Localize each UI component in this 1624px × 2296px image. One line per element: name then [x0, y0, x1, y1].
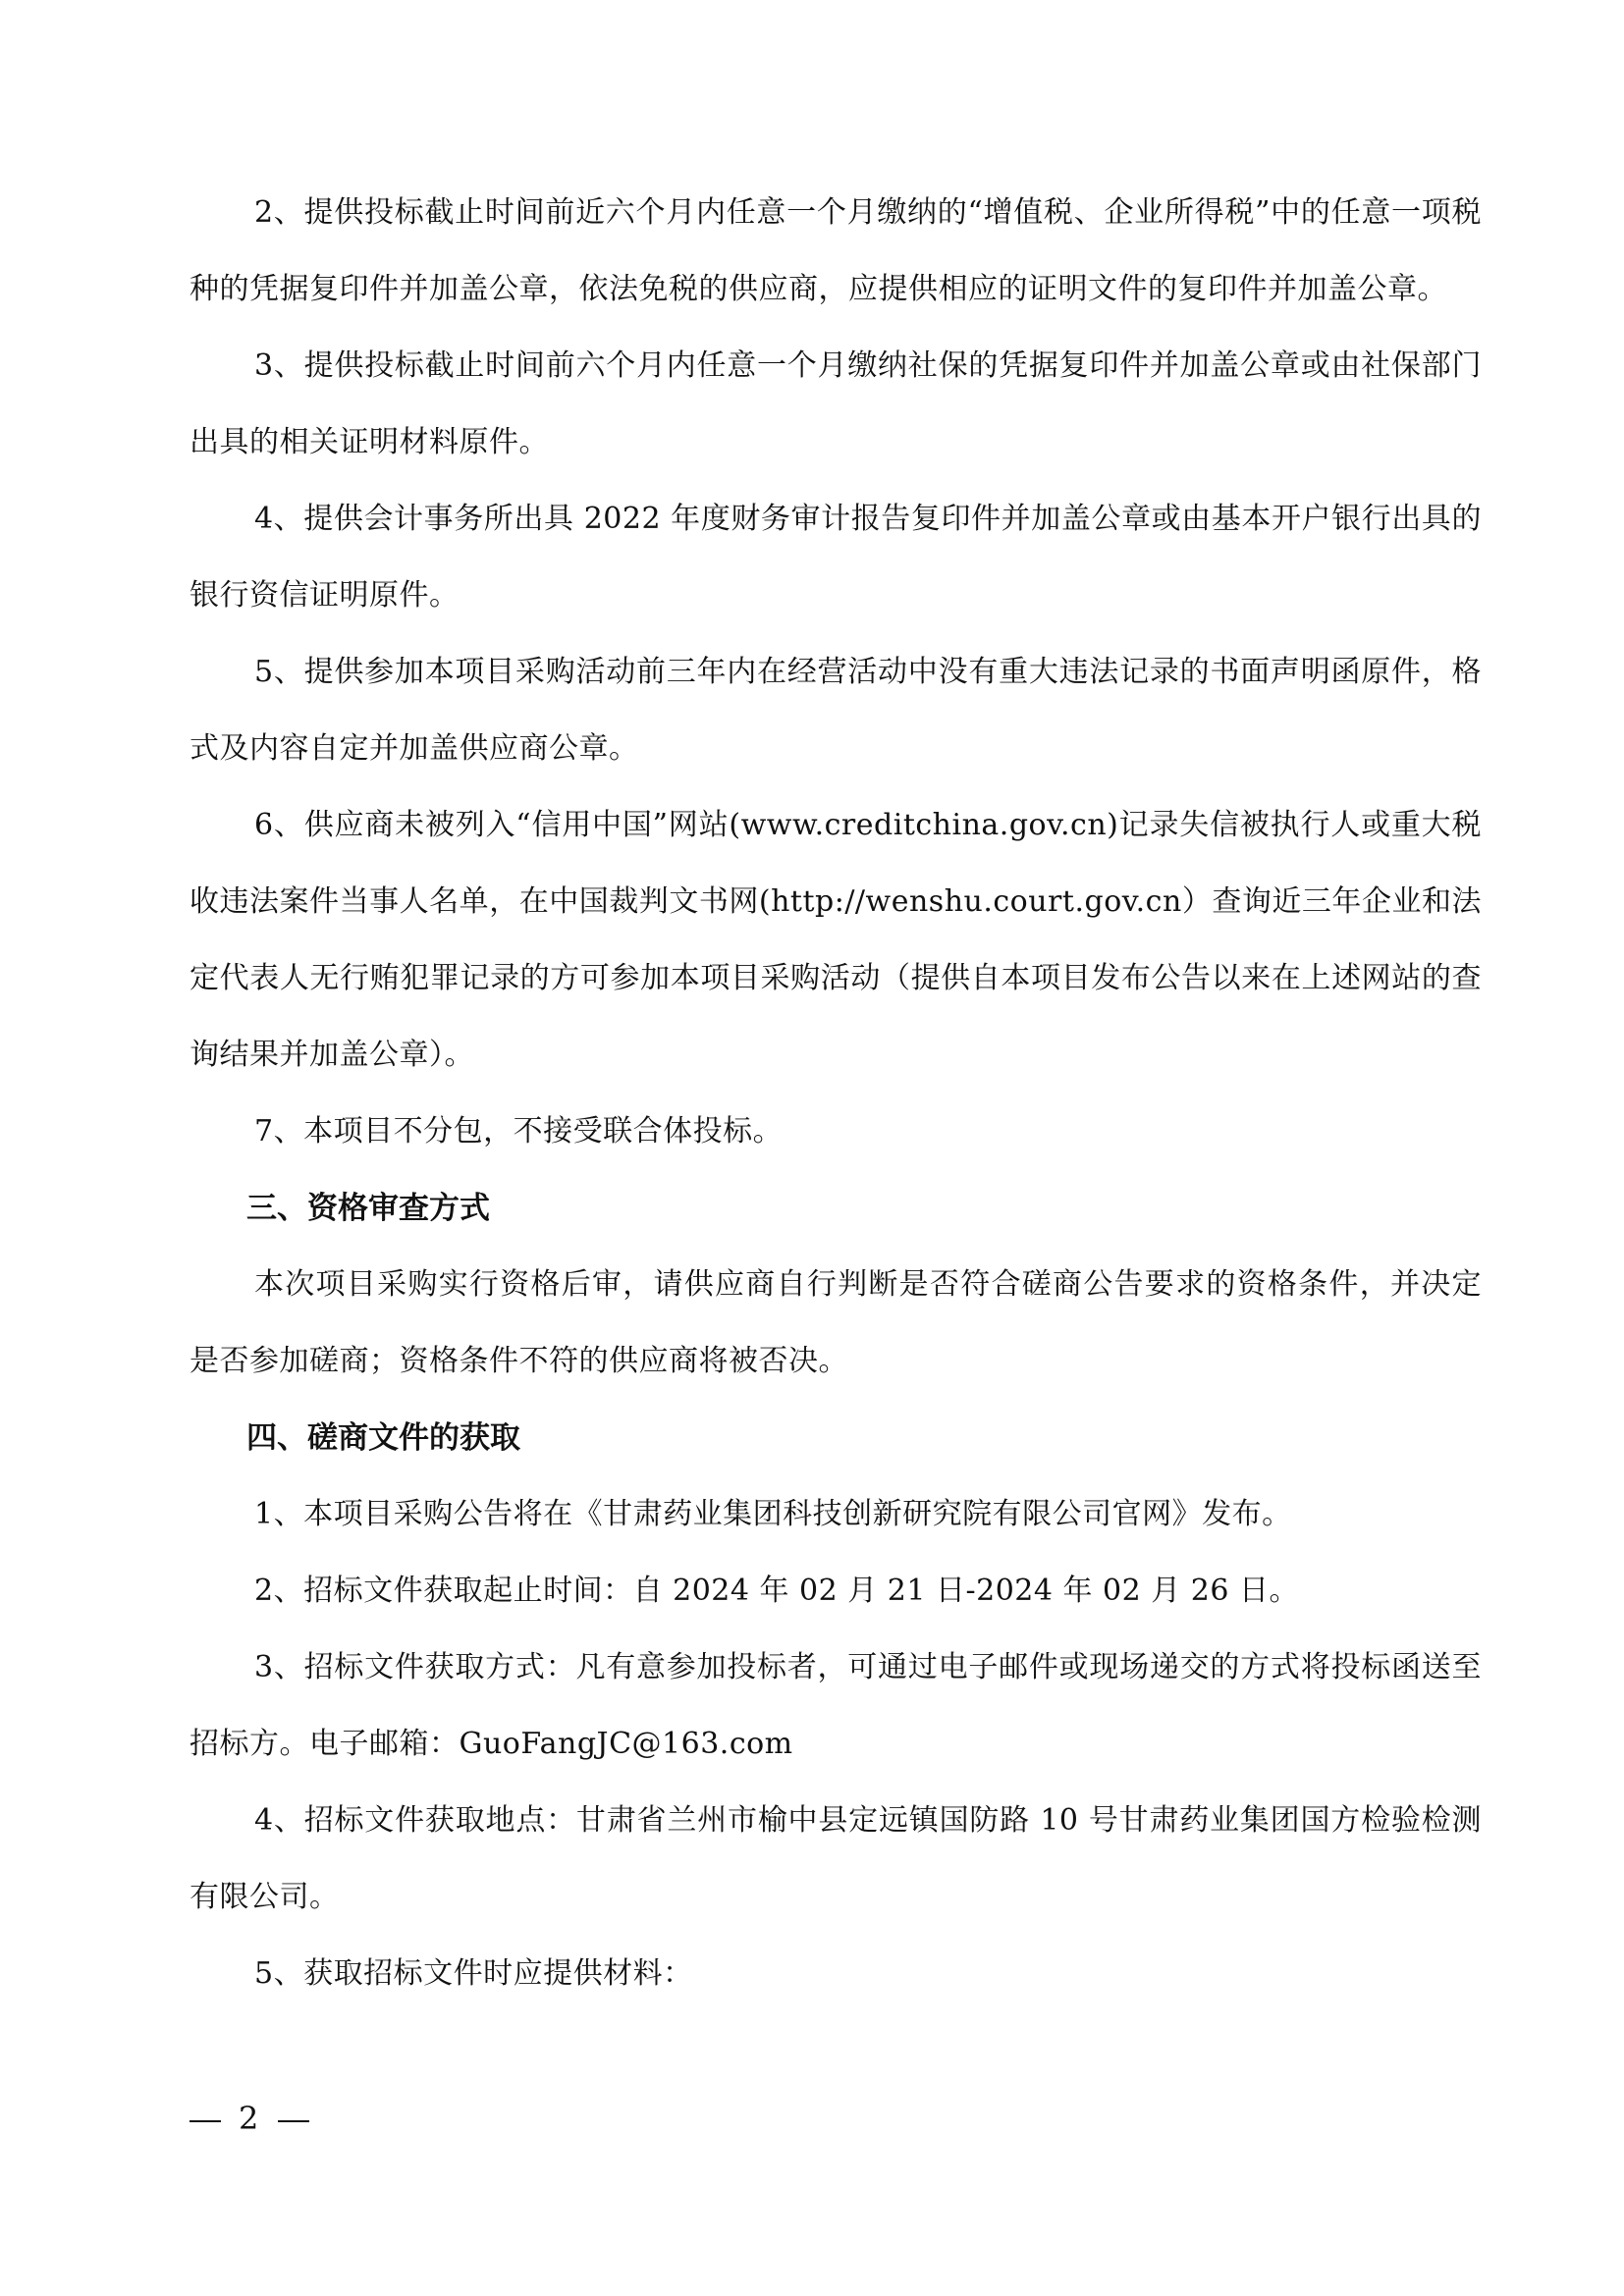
acquisition-2-time-period: 2、招标文件获取起止时间：自 2024 年 02 月 21 日-2024 年 0…: [189, 1553, 1482, 1629]
section-heading-document-acquisition: 四、磋商文件的获取: [189, 1400, 1482, 1476]
requirement-6-credit-check: 6、供应商未被列入“信用中国”网站(www.creditchina.gov.cn…: [189, 787, 1482, 1094]
document-page: 2、提供投标截止时间前近六个月内任意一个月缴纳的“增值税、企业所得税”中的任意一…: [0, 0, 1624, 2296]
acquisition-1-publication: 1、本项目采购公告将在《甘肃药业集团科技创新研究院有限公司官网》发布。: [189, 1476, 1482, 1553]
section-heading-qualification-review: 三、资格审查方式: [189, 1170, 1482, 1247]
qualification-review-text: 本次项目采购实行资格后审，请供应商自行判断是否符合磋商公告要求的资格条件，并决定…: [189, 1247, 1482, 1400]
page-number: 2: [239, 2099, 260, 2138]
acquisition-5-materials: 5、获取招标文件时应提供材料：: [189, 1936, 1482, 2012]
document-body: 2、提供投标截止时间前近六个月内任意一个月缴纳的“增值税、企业所得税”中的任意一…: [189, 175, 1482, 2012]
acquisition-3-method: 3、招标文件获取方式：凡有意参加投标者，可通过电子邮件或现场递交的方式将投标函送…: [189, 1629, 1482, 1783]
footer-dash-left: [189, 2120, 221, 2122]
requirement-5-no-violation-statement: 5、提供参加本项目采购活动前三年内在经营活动中没有重大违法记录的书面声明函原件，…: [189, 634, 1482, 787]
requirement-3-social-security: 3、提供投标截止时间前六个月内任意一个月缴纳社保的凭据复印件并加盖公章或由社保部…: [189, 328, 1482, 481]
acquisition-4-location: 4、招标文件获取地点：甘肃省兰州市榆中县定远镇国防路 10 号甘肃药业集团国方检…: [189, 1783, 1482, 1936]
requirement-2-tax-receipt: 2、提供投标截止时间前近六个月内任意一个月缴纳的“增值税、企业所得税”中的任意一…: [189, 175, 1482, 328]
requirement-7-no-subcontract: 7、本项目不分包，不接受联合体投标。: [189, 1094, 1482, 1170]
page-footer: 2: [189, 2099, 309, 2138]
requirement-4-audit-report: 4、提供会计事务所出具 2022 年度财务审计报告复印件并加盖公章或由基本开户银…: [189, 481, 1482, 634]
footer-dash-right: [278, 2120, 309, 2122]
